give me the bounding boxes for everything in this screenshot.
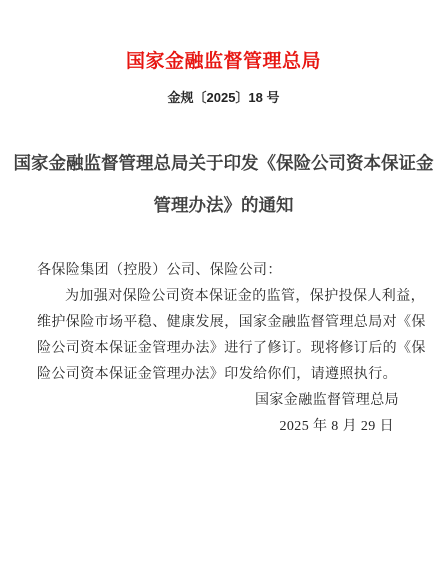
paragraph-line: 维护保险市场平稳、健康发展，国家金融监督管理总局对《保: [37, 310, 413, 336]
document-number: 金规〔2025〕18 号: [0, 87, 447, 106]
issuing-authority-header: 国家金融监督管理总局: [0, 46, 447, 73]
paragraph-line: 险公司资本保证金管理办法》进行了修订。现将修订后的《保: [37, 336, 413, 362]
document-title: 国家金融监督管理总局关于印发《保险公司资本保证金 管理办法》的通知: [10, 142, 437, 226]
document-title-line1: 国家金融监督管理总局关于印发《保险公司资本保证金: [10, 142, 437, 184]
document-body: 各保险集团（控股）公司、保险公司： 为加强对保险公司资本保证金的监管，保护投保人…: [37, 258, 413, 440]
signature-date: 2025 年 8 月 29 日: [37, 414, 413, 440]
salutation: 各保险集团（控股）公司、保险公司：: [37, 258, 413, 284]
signature-authority: 国家金融监督管理总局: [37, 388, 413, 414]
paragraph-line: 险公司资本保证金管理办法》印发给你们，请遵照执行。: [37, 362, 413, 388]
notice-document: 国家金融监督管理总局 金规〔2025〕18 号 国家金融监督管理总局关于印发《保…: [0, 0, 447, 587]
paragraph-line: 为加强对保险公司资本保证金的监管，保护投保人利益，: [37, 284, 413, 310]
document-title-line2: 管理办法》的通知: [10, 184, 437, 226]
